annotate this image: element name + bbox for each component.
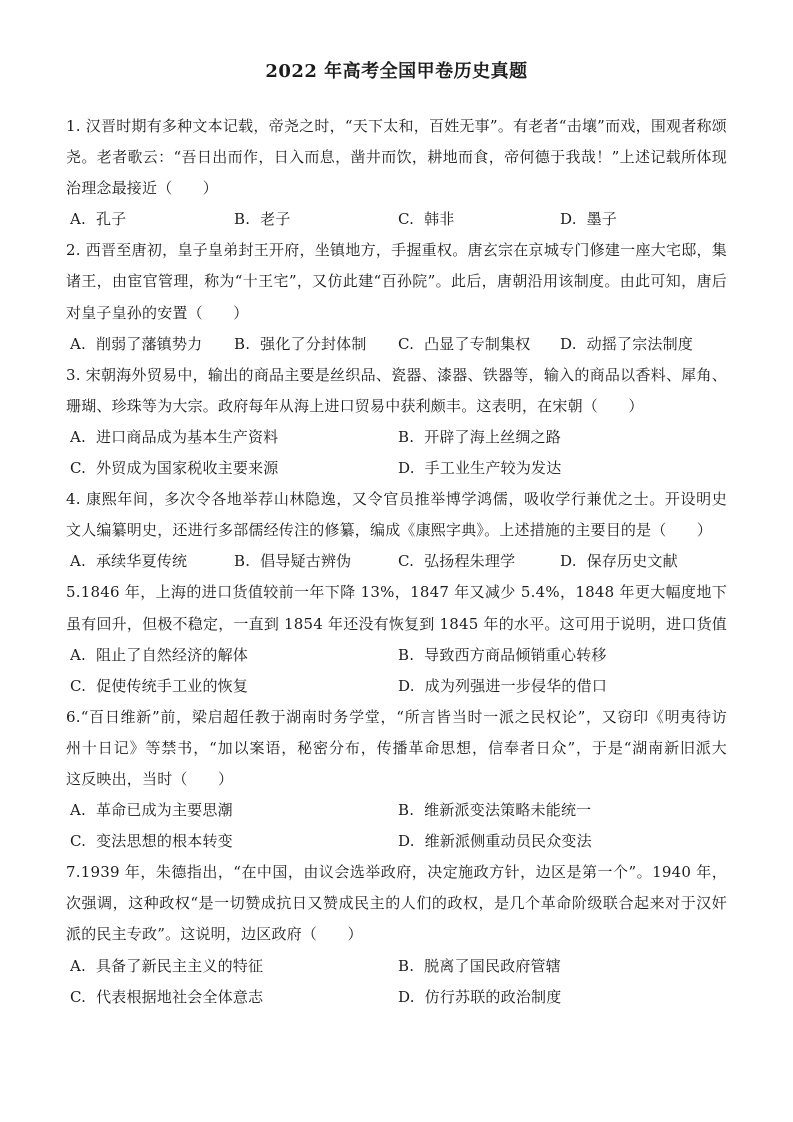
options-row: C. 促使传统手工业的恢复 D. 成为列强进一步侵华的借口 <box>66 671 727 702</box>
question-text-line: 治理念最接近（ ） <box>66 173 727 204</box>
options-row: A. 革命已成为主要思潮 B. 维新派变法策略未能统一 <box>66 795 727 826</box>
question-text-line: 次强调，这种政权“是一切赞成抗日又赞成民主的人们的政权，是几个革命阶级联合起来对… <box>66 888 727 919</box>
option-b: B. 开辟了海上丝绸之路 <box>398 422 561 453</box>
question-text-line: 珊瑚、珍珠等为大宗。政府每年从海上进口贸易中获利颇丰。这表明，在宋朝（ ） <box>66 391 727 422</box>
questions-area: 1. 汉晋时期有多种文本记载，帝尧之时，“天下太和，百姓无事”。有老者“击壤”而… <box>66 111 727 1013</box>
question-text-line: 派的民主专政”。这说明，边区政府（ ） <box>66 919 727 950</box>
option-d: D. 手工业生产较为发达 <box>398 453 561 484</box>
exam-document-page: 2022 年高考全国甲卷历史真题 1. 汉晋时期有多种文本记载，帝尧之时，“天下… <box>0 0 793 1122</box>
options-row: C. 代表根据地社会全体意志 D. 仿行苏联的政治制度 <box>66 982 727 1013</box>
option-b: B. 老子 <box>234 204 291 235</box>
question-text-line: 虽有回升，但极不稳定，一直到 1854 年还没有恢复到 1845 年的水平。这可… <box>66 609 727 640</box>
question-2: 2. 西晋至唐初，皇子皇弟封王开府，坐镇地方，手握重权。唐玄宗在京城专门修建一座… <box>66 235 727 359</box>
options-row: A. 阻止了自然经济的解体 B. 导致西方商品倾销重心转移 <box>66 640 727 671</box>
option-a: A. 具备了新民主主义的特征 <box>70 951 263 982</box>
question-text-line: 尧。老者歌云：“吾日出而作，日入而息，凿井而饮，耕地而食，帝何德于我哉！”上述记… <box>66 142 727 173</box>
question-4: 4. 康熙年间，多次令各地举荐山林隐逸，又令官员推举博学鸿儒，吸收学行兼优之士。… <box>66 484 727 577</box>
question-text-line: 6.“百日维新”前，梁启超任教于湖南时务学堂，“所言皆当时一派之民权论”，又窃印… <box>66 702 727 733</box>
question-text-line: 5.1846 年，上海的进口货值较前一年下降 13%，1847 年又减少 5.4… <box>66 577 727 608</box>
option-c: C. 外贸成为国家税收主要来源 <box>70 453 278 484</box>
option-c: C. 弘扬程朱理学 <box>398 546 515 577</box>
option-d: D. 维新派侧重动员民众变法 <box>398 826 592 857</box>
options-row: A. 承续华夏传统 B. 倡导疑古辨伪 C. 弘扬程朱理学 D. 保存历史文献 <box>66 546 727 577</box>
options-row: A. 孔子 B. 老子 C. 韩非 D. 墨子 <box>66 204 727 235</box>
question-text-line: 1. 汉晋时期有多种文本记载，帝尧之时，“天下太和，百姓无事”。有老者“击壤”而… <box>66 111 727 142</box>
option-a: A. 阻止了自然经济的解体 <box>70 640 248 671</box>
question-text-line: 2. 西晋至唐初，皇子皇弟封王开府，坐镇地方，手握重权。唐玄宗在京城专门修建一座… <box>66 235 727 266</box>
option-a: A. 削弱了藩镇势力 <box>70 329 202 360</box>
question-7: 7.1939 年，朱德指出，“在中国，由议会选举政府，决定施政方针，边区是第一个… <box>66 857 727 1012</box>
option-c: C. 促使传统手工业的恢复 <box>70 671 248 702</box>
question-text-line: 州十日记》等禁书，“加以案语，秘密分布，传播革命思想，信奉者日众”，于是“湖南新… <box>66 733 727 764</box>
question-text-line: 3. 宋朝海外贸易中，输出的商品主要是丝织品、瓷器、漆器、铁器等，输入的商品以香… <box>66 360 727 391</box>
question-text-line: 文人编纂明史，还进行多部儒经传注的修纂，编成《康熙字典》。上述措施的主要目的是（… <box>66 515 727 546</box>
option-a: A. 承续华夏传统 <box>70 546 187 577</box>
option-b: B. 导致西方商品倾销重心转移 <box>398 640 607 671</box>
options-row: A. 进口商品成为基本生产资料 B. 开辟了海上丝绸之路 <box>66 422 727 453</box>
page-title: 2022 年高考全国甲卷历史真题 <box>0 57 793 87</box>
option-d: D. 仿行苏联的政治制度 <box>398 982 561 1013</box>
option-d: D. 成为列强进一步侵华的借口 <box>398 671 607 702</box>
option-b: B. 倡导疑古辨伪 <box>234 546 351 577</box>
question-1: 1. 汉晋时期有多种文本记载，帝尧之时，“天下太和，百姓无事”。有老者“击壤”而… <box>66 111 727 235</box>
options-row: A. 具备了新民主主义的特征 B. 脱离了国民政府管辖 <box>66 951 727 982</box>
option-b: B. 脱离了国民政府管辖 <box>398 951 561 982</box>
option-c: C. 变法思想的根本转变 <box>70 826 233 857</box>
question-text-line: 诸王，由宦官管理，称为“十王宅”，又仿此建“百孙院”。此后，唐朝沿用该制度。由此… <box>66 266 727 297</box>
option-a: A. 进口商品成为基本生产资料 <box>70 422 278 453</box>
options-row: C. 变法思想的根本转变 D. 维新派侧重动员民众变法 <box>66 826 727 857</box>
option-c: C. 韩非 <box>398 204 454 235</box>
option-b: B. 维新派变法策略未能统一 <box>398 795 591 826</box>
option-a: A. 孔子 <box>70 204 126 235</box>
question-6: 6.“百日维新”前，梁启超任教于湖南时务学堂，“所言皆当时一派之民权论”，又窃印… <box>66 702 727 857</box>
option-b: B. 强化了分封体制 <box>234 329 367 360</box>
question-5: 5.1846 年，上海的进口货值较前一年下降 13%，1847 年又减少 5.4… <box>66 577 727 701</box>
question-text-line: 这反映出，当时（ ） <box>66 764 727 795</box>
options-row: A. 削弱了藩镇势力 B. 强化了分封体制 C. 凸显了专制集权 D. 动摇了宗… <box>66 329 727 360</box>
option-a: A. 革命已成为主要思潮 <box>70 795 233 826</box>
option-d: D. 墨子 <box>560 204 617 235</box>
question-3: 3. 宋朝海外贸易中，输出的商品主要是丝织品、瓷器、漆器、铁器等，输入的商品以香… <box>66 360 727 484</box>
options-row: C. 外贸成为国家税收主要来源 D. 手工业生产较为发达 <box>66 453 727 484</box>
question-text-line: 7.1939 年，朱德指出，“在中国，由议会选举政府，决定施政方针，边区是第一个… <box>66 857 727 888</box>
option-d: D. 保存历史文献 <box>560 546 678 577</box>
option-c: C. 凸显了专制集权 <box>398 329 530 360</box>
question-text-line: 4. 康熙年间，多次令各地举荐山林隐逸，又令官员推举博学鸿儒，吸收学行兼优之士。… <box>66 484 727 515</box>
option-c: C. 代表根据地社会全体意志 <box>70 982 263 1013</box>
option-d: D. 动摇了宗法制度 <box>560 329 693 360</box>
question-text-line: 对皇子皇孙的安置（ ） <box>66 298 727 329</box>
